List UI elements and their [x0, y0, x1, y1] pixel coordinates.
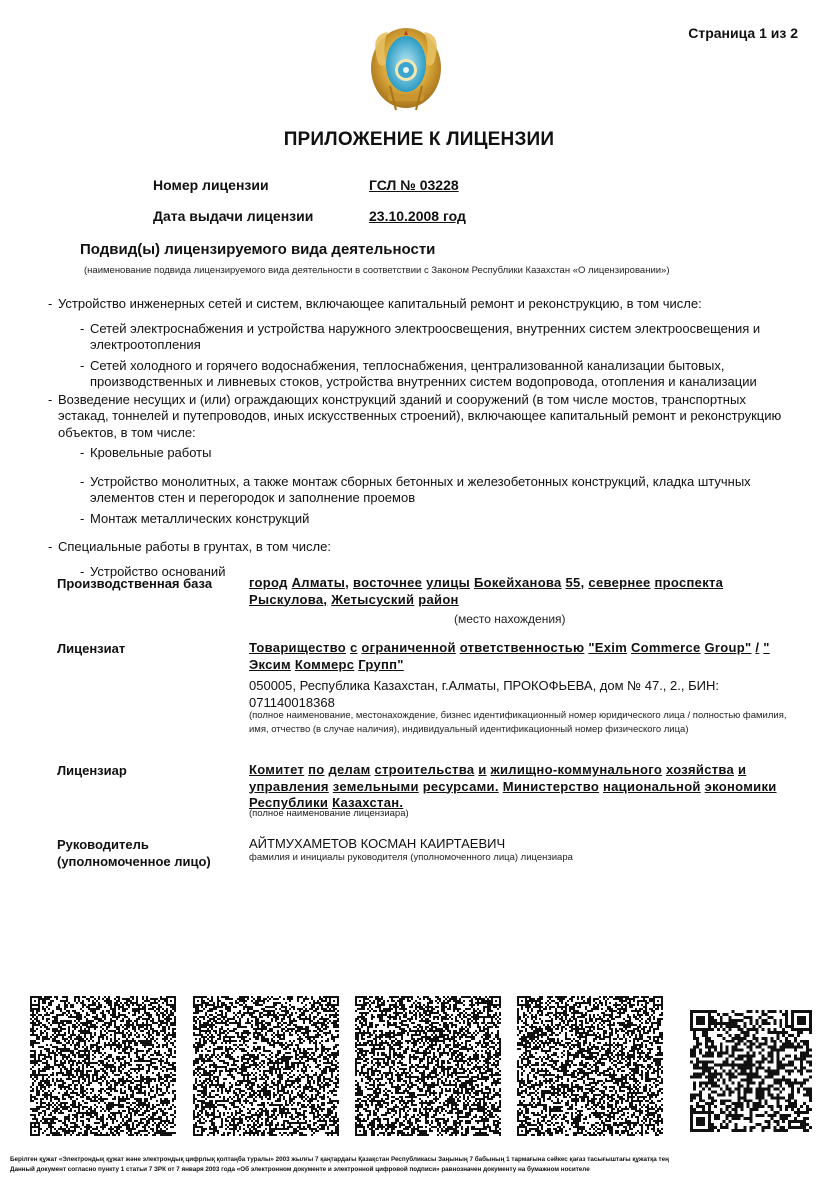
production-base-value: город Алматы, восточнее улицы Бокейханов…	[249, 575, 789, 608]
underlined-word: улицы	[426, 575, 470, 590]
underlined-word: "	[763, 640, 769, 655]
underlined-word: ответственностью	[460, 640, 585, 655]
barcode-4-icon	[517, 996, 663, 1136]
underlined-word: Group"	[705, 640, 752, 655]
document-title: ПРИЛОЖЕНИЕ К ЛИЦЕНЗИИ	[0, 129, 838, 151]
underlined-word: ресурсами.	[423, 779, 499, 794]
activity-subitem: -Сетей электроснабжения и устройства нар…	[80, 321, 798, 354]
underlined-word: ограниченной	[361, 640, 455, 655]
activity-list: -Устройство инженерных сетей и систем, в…	[48, 296, 798, 580]
underlined-word: Жетысуский	[331, 592, 414, 607]
licensee-address: 050005, Республика Казахстан, г.Алматы, …	[249, 678, 729, 711]
barcode-2-icon	[193, 996, 339, 1136]
activity-item: -Возведение несущих и (или) ограждающих …	[48, 392, 798, 442]
licensee-value: Товарищество с ограниченной ответственно…	[249, 640, 789, 673]
license-date-value: 23.10.2008 год	[369, 208, 466, 224]
page-indicator: Страница 1 из 2	[688, 25, 798, 41]
underlined-word: Комитет	[249, 762, 304, 777]
underlined-word: район	[418, 592, 458, 607]
underlined-word: делам	[328, 762, 370, 777]
barcode-1-icon	[30, 996, 176, 1136]
legal-footer: Берілген құжат «Электрондық құжат және э…	[10, 1155, 830, 1175]
underlined-word: Групп"	[358, 657, 404, 672]
license-date-label: Дата выдачи лицензии	[153, 208, 313, 224]
underlined-word: и	[738, 762, 746, 777]
activity-subitem: -Сетей холодного и горячего водоснабжени…	[80, 358, 798, 391]
underlined-word: и	[478, 762, 486, 777]
activity-subitem: -Кровельные работы	[80, 445, 798, 462]
underlined-word: севернее	[588, 575, 650, 590]
licensee-note: (полное наименование, местонахождение, б…	[249, 709, 794, 736]
underlined-word: с	[350, 640, 358, 655]
state-emblem-icon	[368, 24, 444, 114]
underlined-word: /	[755, 640, 759, 655]
licensor-label: Лицензиар	[57, 762, 127, 779]
qr-code-icon	[690, 1010, 812, 1132]
underlined-word: Бокейханова	[474, 575, 562, 590]
underlined-word: управления	[249, 779, 329, 794]
activity-subitem: -Монтаж металлических конструкций	[80, 511, 798, 528]
underlined-word: Коммерс	[295, 657, 354, 672]
underlined-word: экономики	[705, 779, 777, 794]
barcode-3-icon	[355, 996, 501, 1136]
license-number-label: Номер лицензии	[153, 177, 269, 193]
subkinds-heading: Подвид(ы) лицензируемого вида деятельнос…	[80, 241, 435, 258]
underlined-word: земельными	[333, 779, 419, 794]
underlined-word: Товарищество	[249, 640, 346, 655]
underlined-word: национальной	[603, 779, 701, 794]
underlined-word: Министерство	[503, 779, 599, 794]
underlined-word: 55,	[566, 575, 585, 590]
underlined-word: по	[308, 762, 324, 777]
activity-subitem: -Устройство монолитных, а также монтаж с…	[80, 474, 798, 507]
underlined-word: "Exim	[588, 640, 627, 655]
subkinds-note: (наименование подвида лицензируемого вид…	[84, 265, 670, 276]
underlined-word: хозяйства	[666, 762, 734, 777]
head-label: Руководитель (уполномоченное лицо)	[57, 836, 211, 870]
head-note: фамилия и инициалы руководителя (уполном…	[249, 851, 573, 865]
underlined-word: строительства	[374, 762, 474, 777]
activity-item: -Устройство инженерных сетей и систем, в…	[48, 296, 798, 313]
underlined-word: Алматы,	[292, 575, 350, 590]
production-base-label: Производственная база	[57, 575, 212, 592]
underlined-word: Эксим	[249, 657, 291, 672]
licensor-value: Комитет по делам строительства и жилищно…	[249, 762, 789, 812]
license-number-value: ГСЛ № 03228	[369, 177, 459, 193]
underlined-word: проспекта	[655, 575, 724, 590]
activity-item: -Специальные работы в грунтах, в том чис…	[48, 539, 798, 556]
production-base-note: (место нахождения)	[454, 612, 566, 626]
underlined-word: жилищно-коммунального	[491, 762, 663, 777]
underlined-word: восточнее	[353, 575, 422, 590]
underlined-word: город	[249, 575, 288, 590]
underlined-word: Commerce	[631, 640, 701, 655]
underlined-word: Рыскулова,	[249, 592, 327, 607]
licensee-label: Лицензиат	[57, 640, 125, 657]
licensor-note: (полное наименование лицензиара)	[249, 807, 409, 821]
